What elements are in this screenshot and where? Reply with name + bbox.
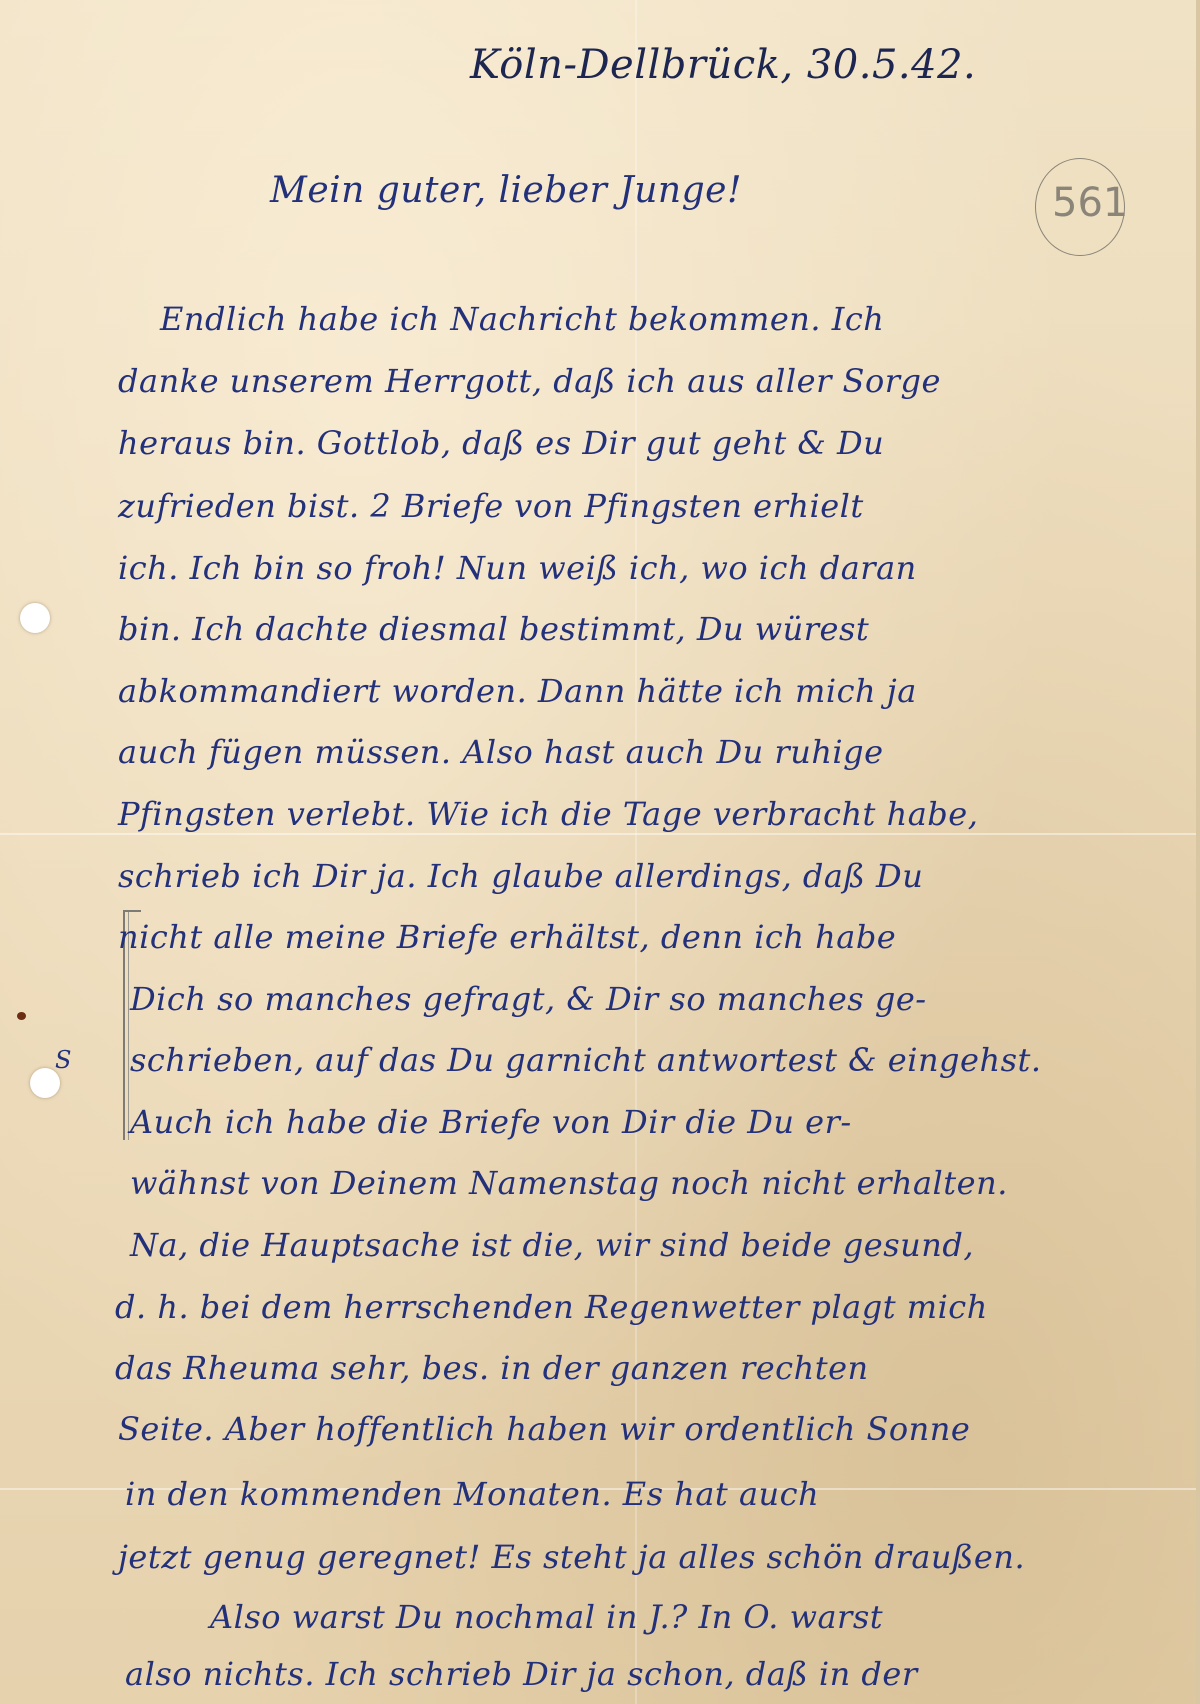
letter-line: Dich so manches gefragt, & Dir so manche… — [130, 980, 927, 1018]
archive-number: 561 — [1052, 180, 1128, 226]
letter-line: zufrieden bist. 2 Briefe von Pfingsten e… — [118, 487, 864, 525]
letter-page: Köln-Dellbrück, 30.5.42. 561 Mein guter,… — [0, 0, 1196, 1704]
margin-mark: S — [55, 1046, 72, 1074]
letter-line: schrieben, auf das Du garnicht antwortes… — [130, 1041, 1042, 1079]
letter-line: schrieb ich Dir ja. Ich glaube allerding… — [118, 857, 923, 895]
letter-line: bin. Ich dachte diesmal bestimmt, Du wür… — [118, 610, 869, 648]
letter-line: auch fügen müssen. Also hast auch Du ruh… — [118, 733, 884, 771]
letter-line: ich. Ich bin so froh! Nun weiß ich, wo i… — [118, 549, 917, 587]
salutation: Mein guter, lieber Junge! — [270, 170, 742, 211]
place-and-date: Köln-Dellbrück, 30.5.42. — [470, 42, 976, 88]
letter-line: heraus bin. Gottlob, daß es Dir gut geht… — [118, 424, 884, 462]
punch-hole-icon — [20, 603, 50, 633]
letter-line: Auch ich habe die Briefe von Dir die Du … — [130, 1103, 852, 1141]
letter-line: Pfingsten verlebt. Wie ich die Tage verb… — [118, 795, 978, 833]
pencil-margin-tick — [123, 910, 141, 912]
letter-line: d. h. bei dem herrschenden Regenwetter p… — [115, 1288, 988, 1326]
letter-line: abkommandiert worden. Dann hätte ich mic… — [118, 672, 917, 710]
letter-line: Na, die Hauptsache ist die, wir sind bei… — [130, 1226, 974, 1264]
vertical-fold-crease — [635, 0, 637, 1704]
letter-line: danke unserem Herrgott, daß ich aus alle… — [118, 362, 941, 400]
letter-line: also nichts. Ich schrieb Dir ja schon, d… — [125, 1655, 918, 1693]
letter-line: Also warst Du nochmal in J.? In O. warst — [210, 1598, 883, 1636]
letter-line: nicht alle meine Briefe erhältst, denn i… — [118, 918, 896, 956]
letter-line: Endlich habe ich Nachricht bekommen. Ich — [160, 300, 884, 338]
letter-line: wähnst von Deinem Namenstag noch nicht e… — [130, 1164, 1008, 1202]
ink-stain — [17, 1012, 26, 1020]
letter-line: jetzt genug geregnet! Es steht ja alles … — [118, 1538, 1025, 1576]
fold-crease — [0, 833, 1196, 835]
letter-line: in den kommenden Monaten. Es hat auch — [125, 1475, 819, 1513]
letter-line: das Rheuma sehr, bes. in der ganzen rech… — [115, 1349, 869, 1387]
letter-line: Seite. Aber hoffentlich haben wir ordent… — [118, 1410, 970, 1448]
